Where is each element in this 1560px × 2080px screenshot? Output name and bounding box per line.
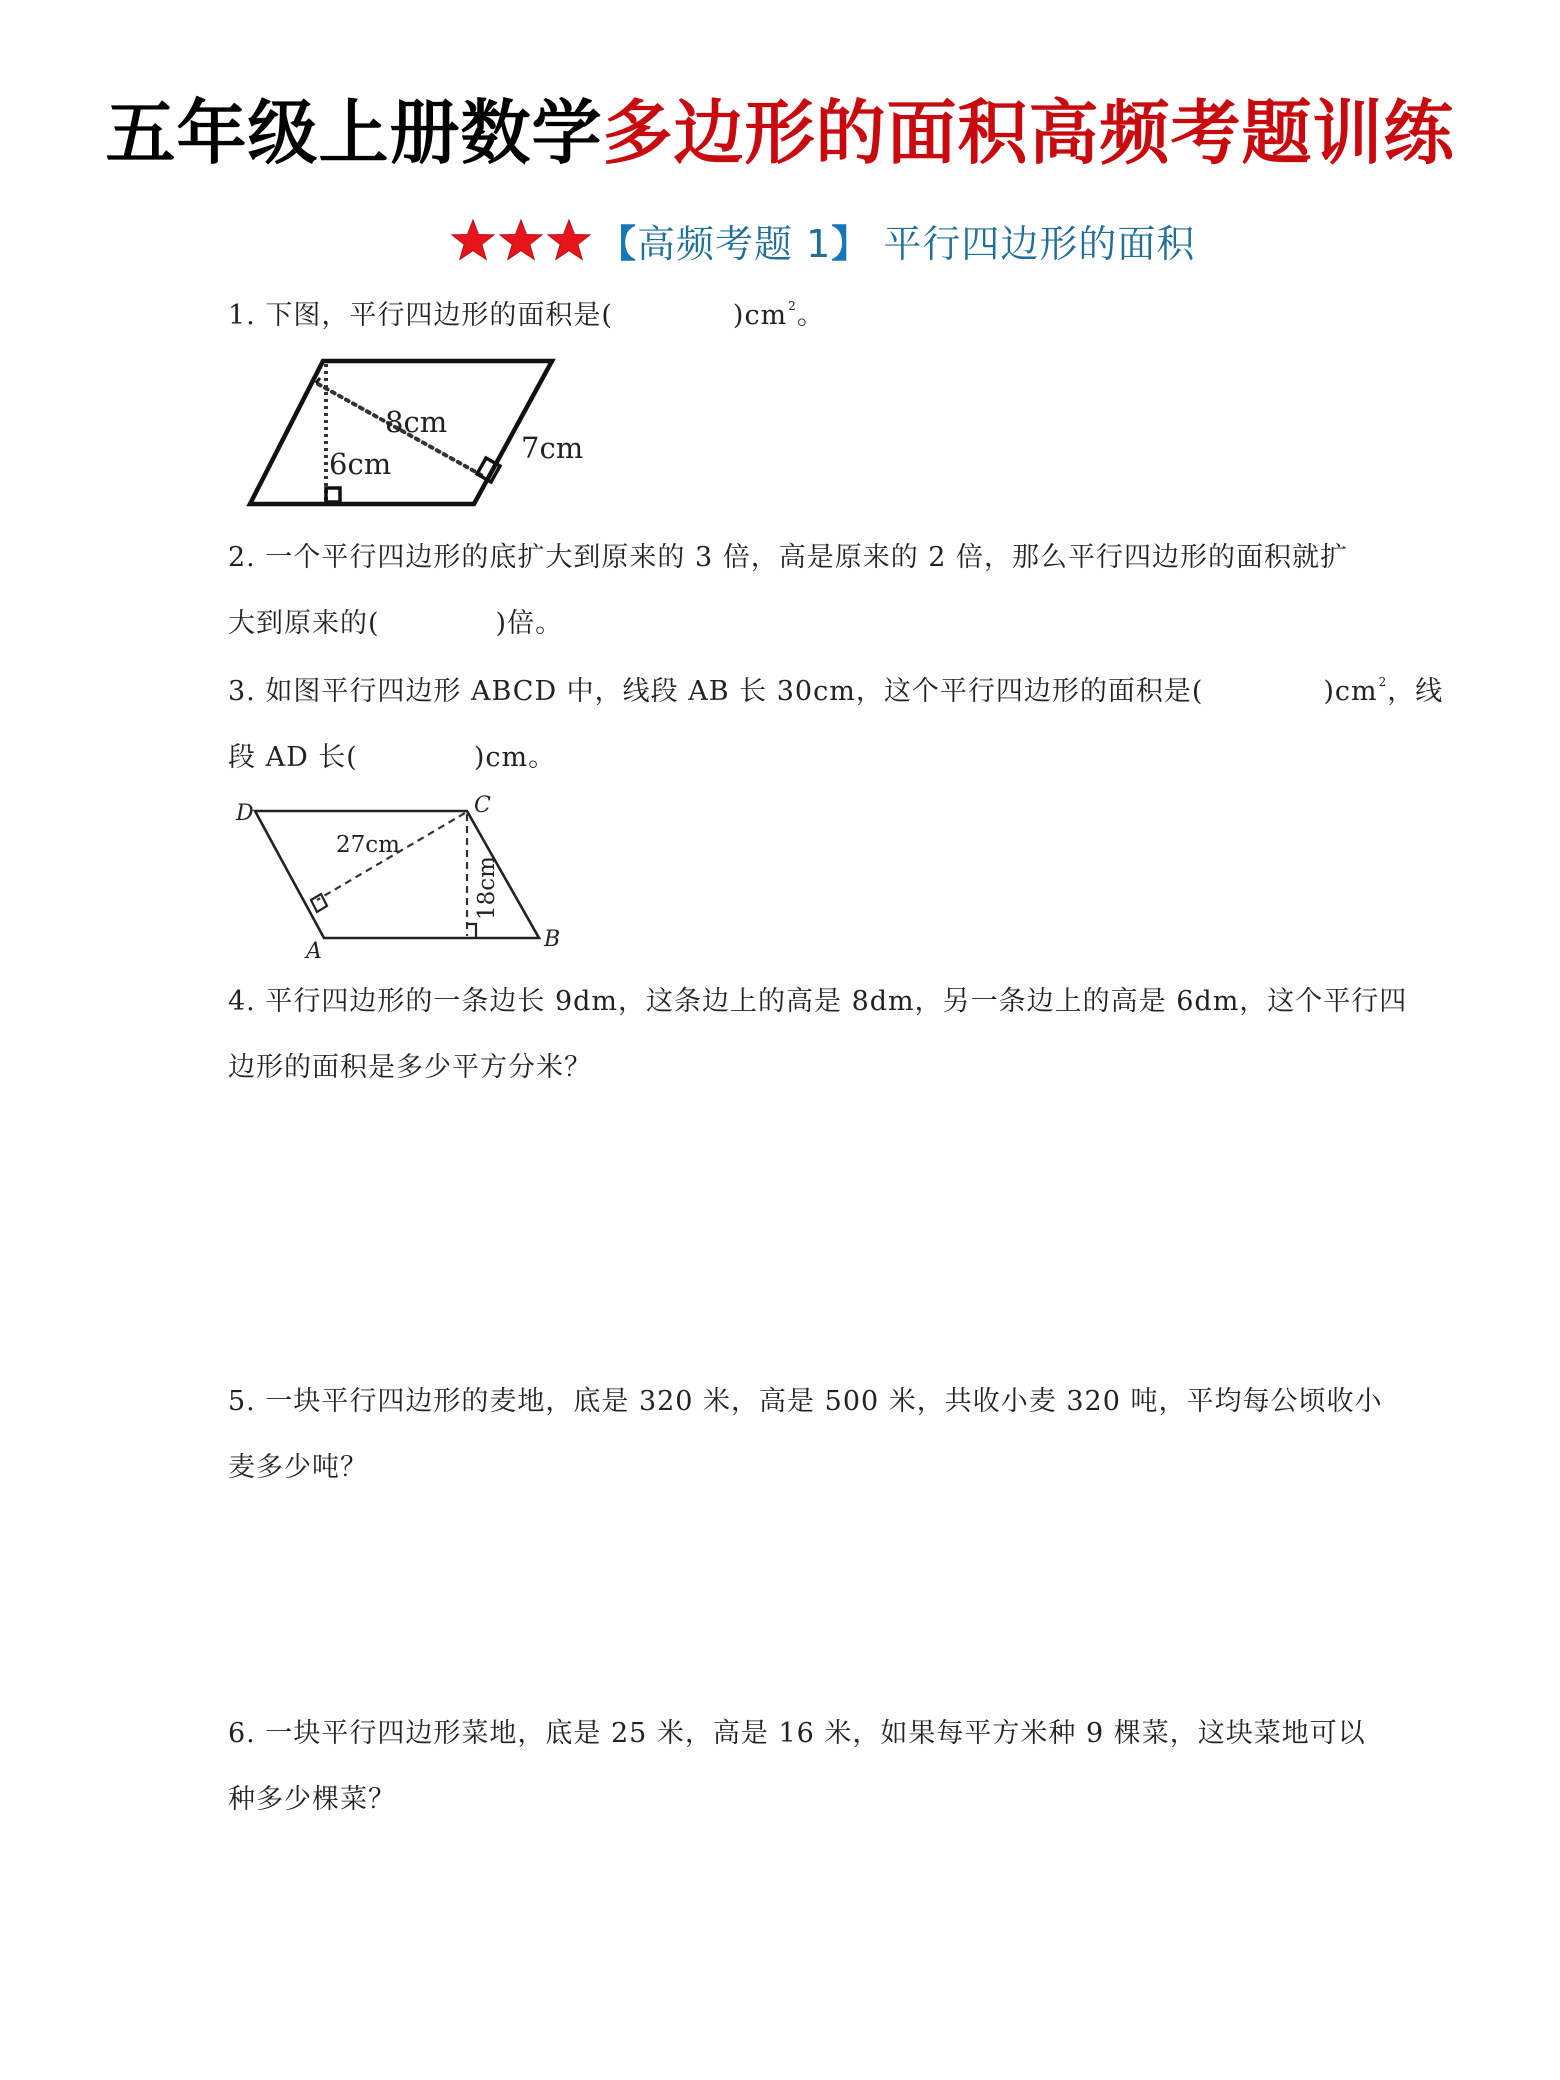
question-6-line-2: 种多少棵菜？: [228, 1782, 396, 1818]
vertex-label-d: D: [235, 801, 254, 826]
question-1-line-1: 1. 下图，平行四边形的面积是()cm2。: [228, 298, 825, 334]
question-number: 2.: [228, 542, 256, 573]
question-number: 5.: [228, 1386, 256, 1417]
question-6-answer-area[interactable]: [228, 1830, 1408, 2060]
question-5-line-2: 麦多少吨？: [228, 1450, 368, 1486]
figure-label-height: 6cm: [329, 447, 391, 481]
question-2-line-2: 大到原来的()倍。: [228, 606, 563, 642]
question-number: 3.: [228, 676, 256, 707]
question-2-line-1: 2. 一个平行四边形的底扩大到原来的 3 倍，高是原来的 2 倍，那么平行四边形…: [228, 540, 1348, 576]
star-icon: [546, 218, 592, 262]
title-grade-subject: 五年级上册数学: [106, 92, 603, 174]
vertex-label-c: C: [474, 793, 491, 818]
question-4-line-2: 边形的面积是多少平方分米？: [228, 1050, 592, 1086]
vertex-label-b: B: [543, 927, 560, 952]
star-icon: [450, 218, 496, 262]
page-title: 五年级上册数学多边形的面积高频考题训练: [0, 88, 1560, 178]
difficulty-stars: [450, 218, 592, 262]
figure-label-side: 7cm: [521, 431, 583, 465]
question-5-line-1: 5. 一块平行四边形的麦地，底是 320 米，高是 500 米，共收小麦 320…: [228, 1384, 1382, 1420]
question-3-line-2: 段 AD 长()cm。: [228, 740, 556, 776]
question-6-line-1: 6. 一块平行四边形菜地，底是 25 米，高是 16 米，如果每平方米种 9 棵…: [228, 1716, 1366, 1752]
figure-label-18cm: 18cm: [474, 856, 500, 920]
section-heading: 【高频考题 1】 平行四边形的面积: [450, 210, 1195, 270]
question-number: 4.: [228, 986, 256, 1017]
question-number: 6.: [228, 1718, 256, 1749]
question-number: 1.: [228, 300, 256, 331]
question-5-answer-area[interactable]: [228, 1500, 1408, 1700]
vertex-label-a: A: [304, 939, 322, 964]
figure-label-diagonal: 8cm: [385, 405, 447, 439]
question-3-line-1: 3. 如图平行四边形 ABCD 中，线段 AB 长 30cm，这个平行四边形的面…: [228, 674, 1443, 710]
star-icon: [498, 218, 544, 262]
title-topic: 多边形的面积高频考题训练: [603, 92, 1455, 174]
figure-label-27cm: 27cm: [336, 832, 400, 858]
question-4-line-1: 4. 平行四边形的一条边长 9dm，这条边上的高是 8dm，另一条边上的高是 6…: [228, 984, 1407, 1020]
section-label: 【高频考题 1】 平行四边形的面积: [598, 213, 1195, 268]
section-topic: 平行四边形的面积: [883, 222, 1195, 266]
question-4-answer-area[interactable]: [228, 1100, 1408, 1370]
